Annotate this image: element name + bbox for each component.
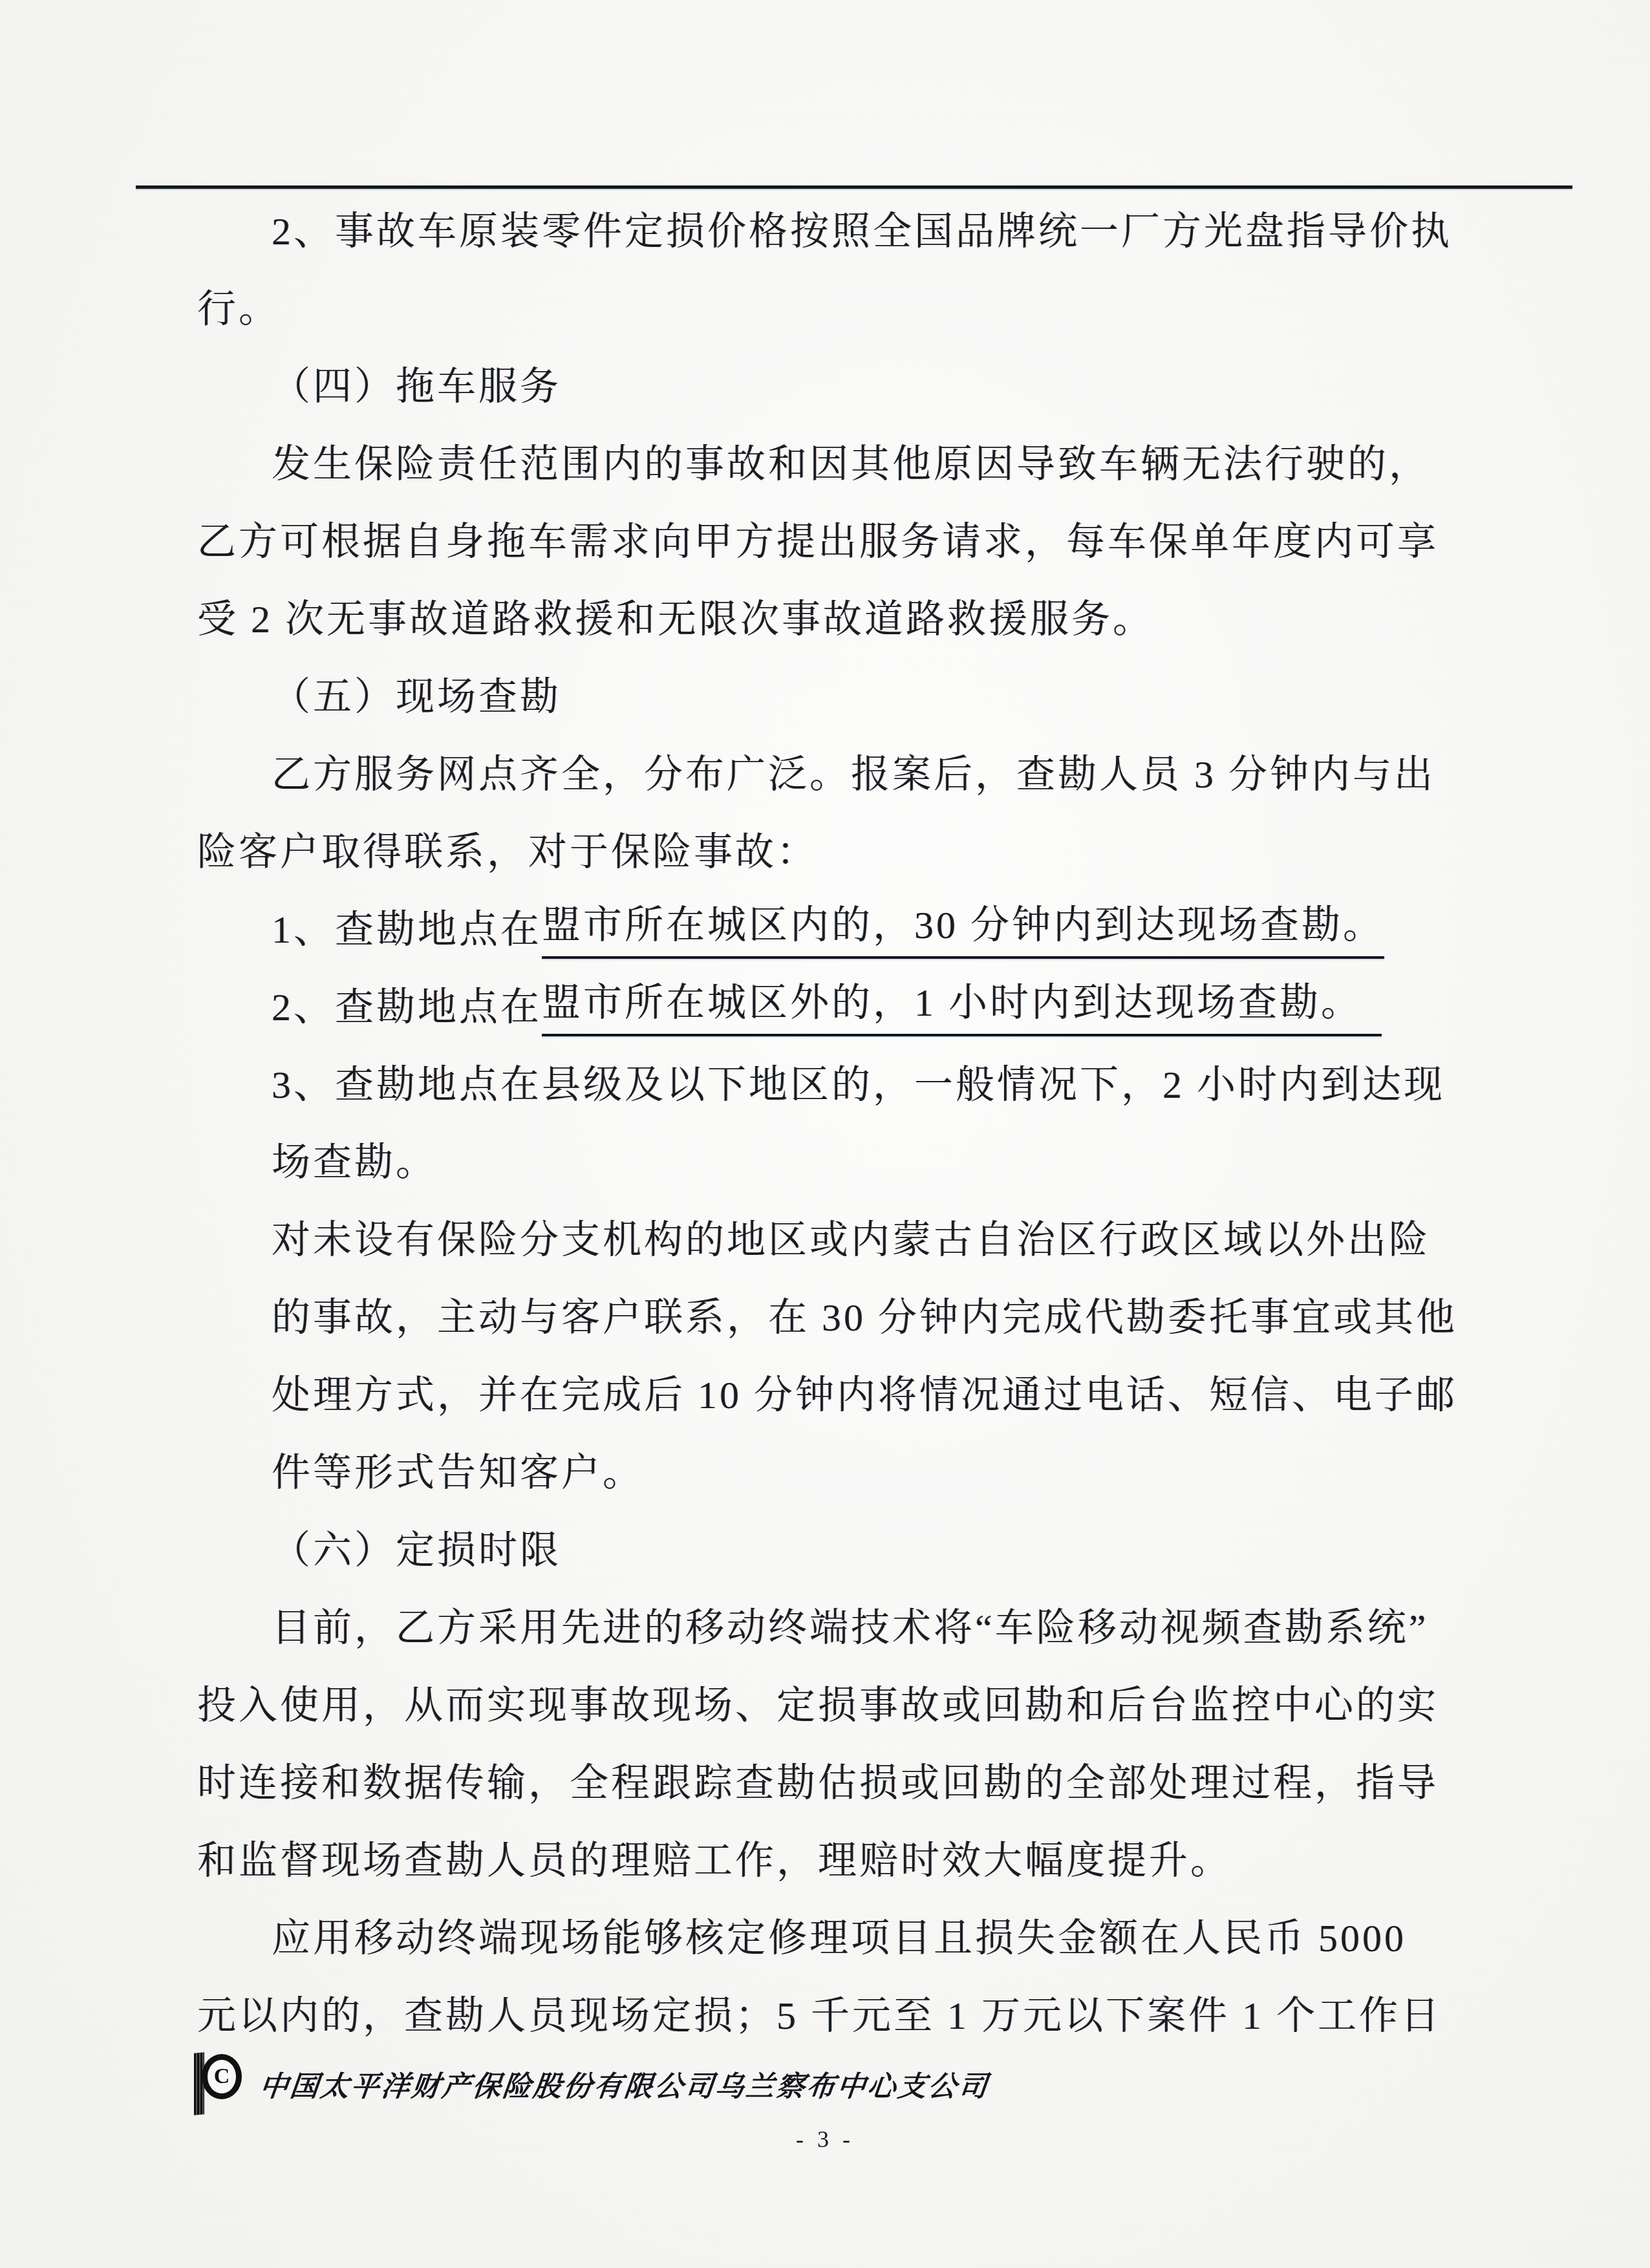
text-line: （五）现场查勘 [197, 655, 1474, 733]
footer-company-name: 中国太平洋财产保险股份有限公司乌兰察布中心支公司 [258, 2063, 992, 2104]
text-line: 场查勘。 [197, 1120, 1474, 1198]
text-line: 元以内的，查勘人员现场定损；5 千元至 1 万元以下案件 1 个工作日 [197, 1974, 1474, 2051]
text-line: 乙方服务网点齐全，分布广泛。报案后，查勘人员 3 分钟内与出 [197, 733, 1474, 810]
header-rule [136, 186, 1572, 189]
text-line: 投入使用，从而实现事故现场、定损事故或回勘和后台监控中心的实 [197, 1664, 1474, 1741]
text-line: 的事故，主动与客户联系，在 30 分钟内完成代勘委托事宜或其他 [197, 1276, 1474, 1353]
text-line: 件等形式告知客户。 [197, 1431, 1474, 1508]
text-line: 险客户取得联系，对于保险事故： [197, 810, 1474, 888]
text-line: 受 2 次无事故道路救援和无限次事故道路救援服务。 [197, 577, 1474, 655]
text-line: 2、事故车原装零件定损价格按照全国品牌统一厂方光盘指导价执 [197, 189, 1474, 267]
text-line: 3、查勘地点在县级及以下地区的，一般情况下，2 小时内到达现 [197, 1043, 1474, 1120]
text-line: （四）拖车服务 [197, 345, 1474, 422]
page-number: - 3 - [0, 2126, 1650, 2153]
logo-letter: C [214, 2064, 230, 2089]
document-page: 2、事故车原装零件定损价格按照全国品牌统一厂方光盘指导价执行。（四）拖车服务发生… [0, 0, 1650, 2268]
text-line: 发生保险责任范围内的事故和因其他原因导致车辆无法行驶的， [197, 422, 1474, 500]
text-line: （六）定损时限 [197, 1508, 1474, 1586]
document-body: 2、事故车原装零件定损价格按照全国品牌统一厂方光盘指导价执行。（四）拖车服务发生… [197, 189, 1474, 2051]
text-line: 目前，乙方采用先进的移动终端技术将“车险移动视频查勘系统” [197, 1586, 1474, 1664]
footer: C 中国太平洋财产保险股份有限公司乌兰察布中心支公司 [193, 2048, 989, 2119]
text-line: 时连接和数据传输，全程跟踪查勘估损或回勘的全部处理过程，指导 [197, 1741, 1474, 1819]
underlined-text: 盟市所在城区内的，30 分钟内到达现场查勘。 [542, 894, 1384, 959]
logo-ring: C [202, 2054, 242, 2099]
cpic-logo-icon: C [193, 2050, 243, 2117]
text-line: 1、查勘地点在盟市所在城区内的，30 分钟内到达现场查勘。 [197, 888, 1474, 965]
text-line: 应用移动终端现场能够核定修理项目且损失金额在人民币 5000 [197, 1896, 1474, 1974]
line-prefix: 2、查勘地点在 [272, 976, 542, 1032]
text-line: 对未设有保险分支机构的地区或内蒙古自治区行政区域以外出险 [197, 1198, 1474, 1276]
underlined-text: 盟市所在城区外的，1 小时内到达现场查勘。 [542, 972, 1382, 1036]
text-line: 行。 [197, 267, 1474, 345]
text-line: 和监督现场查勘人员的理赔工作，理赔时效大幅度提升。 [197, 1819, 1474, 1896]
line-prefix: 1、查勘地点在 [272, 899, 542, 954]
text-line: 乙方可根据自身拖车需求向甲方提出服务请求，每车保单年度内可享 [197, 500, 1474, 577]
text-line: 2、查勘地点在盟市所在城区外的，1 小时内到达现场查勘。 [197, 965, 1474, 1043]
text-line: 处理方式，并在完成后 10 分钟内将情况通过电话、短信、电子邮 [197, 1353, 1474, 1431]
